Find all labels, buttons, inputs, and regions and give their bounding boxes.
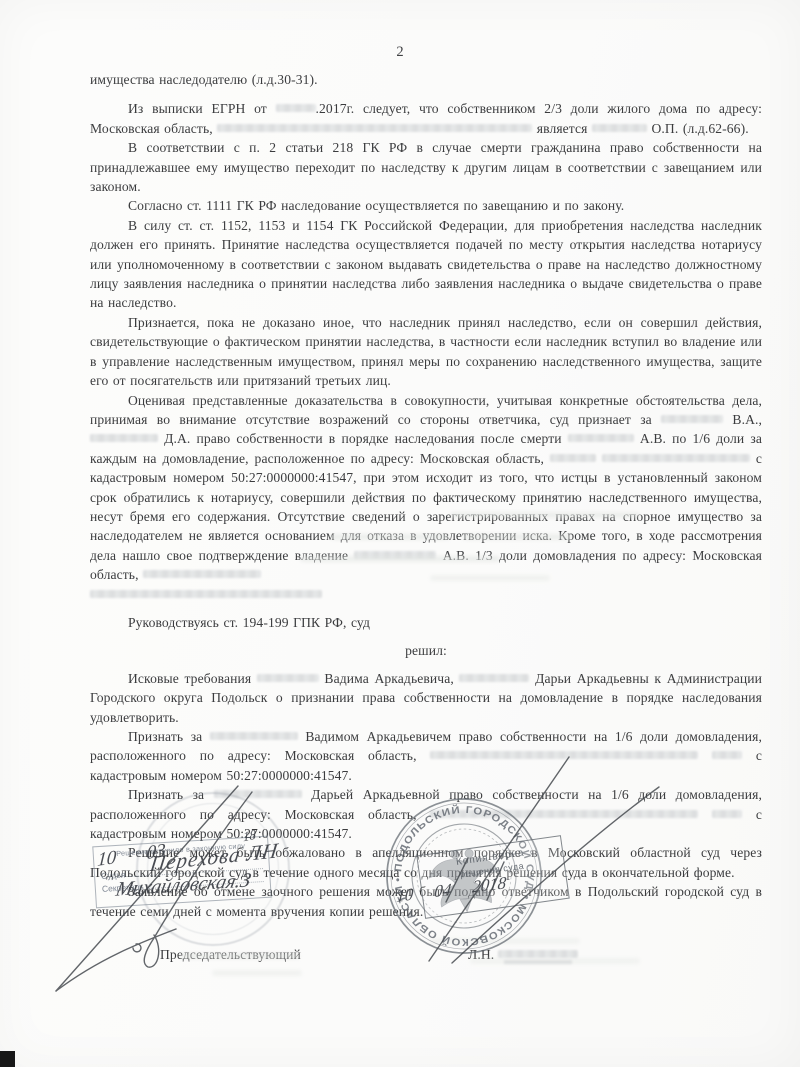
redacted-text: [210, 732, 298, 740]
paragraph-14: Решение может быть обжаловано в апелляци…: [90, 843, 762, 882]
paragraph-2: Из выписки ЕГРН от .2017г. следует, что …: [90, 99, 762, 138]
bleed-through-smudge: [430, 938, 580, 944]
redacted-text: [712, 751, 742, 759]
bleed-through-smudge: [450, 512, 640, 518]
redacted-text: [712, 810, 742, 818]
bleed-through-smudge: [430, 575, 550, 581]
redacted-text: [459, 674, 529, 682]
redacted-text: [143, 570, 261, 578]
bleed-through-smudge: [300, 556, 500, 562]
bleed-through-smudge: [462, 534, 572, 540]
paragraph-9: Руководствуясь ст. 194-199 ГПК РФ, суд: [90, 613, 762, 632]
bleed-through-smudge: [180, 953, 300, 959]
paragraph-11: Исковые требования Вадима Аркадьевича, Д…: [90, 669, 762, 727]
paragraph-3: В соответствии с п. 2 статьи 218 ГК РФ в…: [90, 138, 762, 196]
paragraph-15: Заявление об отмене заочного решения мож…: [90, 882, 762, 921]
paragraph-10: решил:: [90, 641, 762, 660]
paragraph-12: Признать за Вадимом Аркадьевичем право с…: [90, 727, 762, 785]
bleed-through-smudge: [212, 970, 302, 976]
paragraph-6: Признается, пока не доказано иное, что н…: [90, 313, 762, 391]
redacted-text: [592, 124, 647, 132]
redacted-text: [550, 454, 596, 462]
bleed-through-smudge: [470, 958, 640, 964]
redacted-text: [430, 810, 698, 818]
redacted-text: [276, 104, 316, 112]
redacted-text: [90, 590, 322, 598]
paragraph-5: В силу ст. ст. 1152, 1153 и 1154 ГК Росс…: [90, 216, 762, 313]
redacted-text: [568, 434, 634, 442]
redacted-judge-surname: [498, 950, 578, 958]
bleed-through-smudge: [330, 534, 450, 540]
redacted-text: [90, 434, 158, 442]
redacted-text: [257, 674, 319, 682]
paragraph-4: Согласно ст. 1111 ГК РФ наследование осу…: [90, 196, 762, 215]
redacted-text: [602, 454, 750, 462]
page-number: 2: [0, 44, 800, 61]
document-body: имущества наследодателю (л.д.30-31).Из в…: [90, 70, 762, 967]
redacted-text: [661, 415, 723, 423]
scan-corner-artifact: [0, 1051, 15, 1067]
paragraph-8: [90, 585, 762, 604]
redacted-text: [214, 790, 302, 798]
redacted-text: [217, 124, 532, 132]
paragraph-1: имущества наследодателю (л.д.30-31).: [90, 70, 762, 89]
redacted-text: [430, 751, 698, 759]
scanned-court-decision-page: 2 имущества наследодателю (л.д.30-31).Из…: [0, 0, 800, 1067]
paragraph-13: Признать за Дарьей Аркадьевной право соб…: [90, 785, 762, 843]
